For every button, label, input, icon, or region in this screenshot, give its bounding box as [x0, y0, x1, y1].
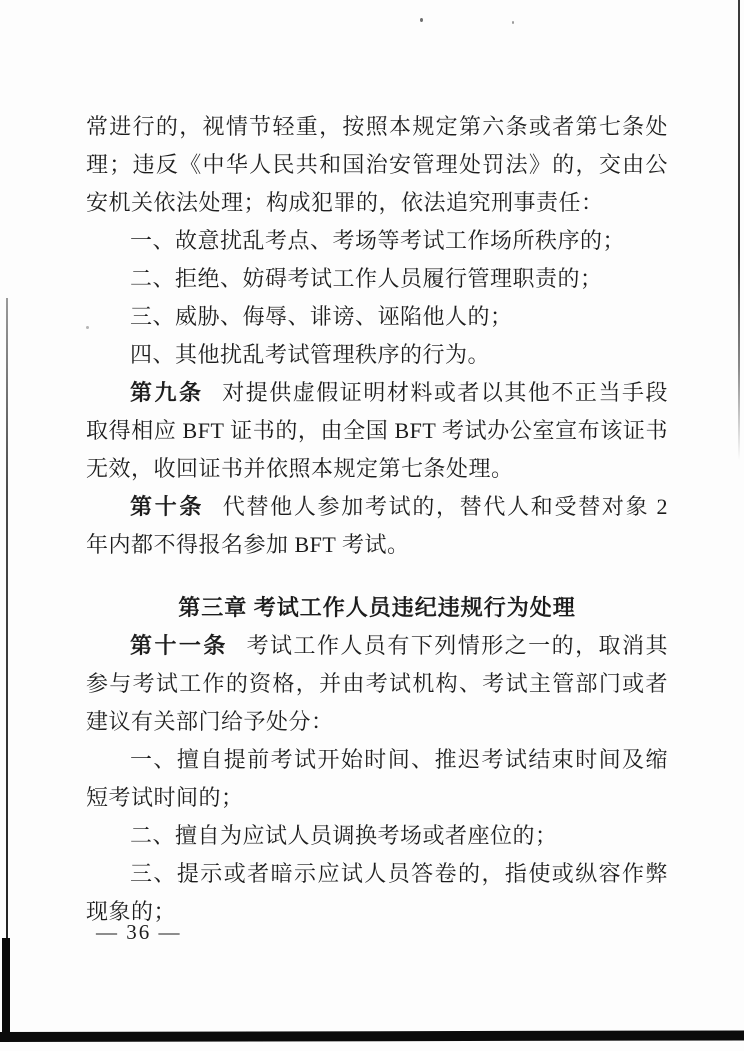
- scanned-document-page: 常进行的，视情节轻重，按照本规定第六条或者第七条处理；违反《中华人民共和国治安管…: [0, 0, 744, 1051]
- list-item: 二、拒绝、妨碍考试工作人员履行管理职责的；: [86, 260, 668, 298]
- page-number: — 36 —: [96, 920, 182, 944]
- scan-artifact-speck: [512, 21, 514, 24]
- article-paragraph: 第十一条考试工作人员有下列情形之一的，取消其参与考试工作的资格，并由考试机构、考…: [86, 627, 668, 741]
- article-number-label: 第十条: [130, 494, 204, 519]
- scan-artifact-left-edge-blob: [2, 938, 10, 1040]
- article-paragraph: 第十条代替他人参加考试的，替代人和受替对象 2 年内都不得报名参加 BFT 考试…: [86, 488, 668, 564]
- list-item: 四、其他扰乱考试管理秩序的行为。: [86, 336, 668, 374]
- scan-artifact-left-edge-line: [6, 298, 8, 948]
- list-item: 一、擅自提前考试开始时间、推迟考试结束时间及缩短考试时间的；: [86, 741, 668, 817]
- scan-artifact-speck: [420, 18, 423, 22]
- document-content: 常进行的，视情节轻重，按照本规定第六条或者第七条处理；违反《中华人民共和国治安管…: [86, 108, 668, 931]
- article-number-label: 第十一条: [130, 633, 228, 658]
- article-paragraph: 第九条对提供虚假证明材料或者以其他不正当手段取得相应 BFT 证书的，由全国 B…: [86, 374, 668, 488]
- article-number-label: 第九条: [130, 380, 204, 405]
- chapter-heading: 第三章 考试工作人员违纪违规行为处理: [86, 589, 668, 627]
- list-item: 三、威胁、侮辱、诽谤、诬陷他人的；: [86, 298, 668, 336]
- list-item: 一、故意扰乱考点、考场等考试工作场所秩序的；: [86, 222, 668, 260]
- scan-artifact-bottom-edge-bar: [0, 1030, 744, 1042]
- list-item: 二、擅自为应试人员调换考场或者座位的；: [86, 817, 668, 855]
- scan-artifact-speck: [86, 326, 89, 329]
- scan-artifact-right-edge-line: [738, 0, 740, 460]
- paragraph-continuation: 常进行的，视情节轻重，按照本规定第六条或者第七条处理；违反《中华人民共和国治安管…: [86, 108, 668, 222]
